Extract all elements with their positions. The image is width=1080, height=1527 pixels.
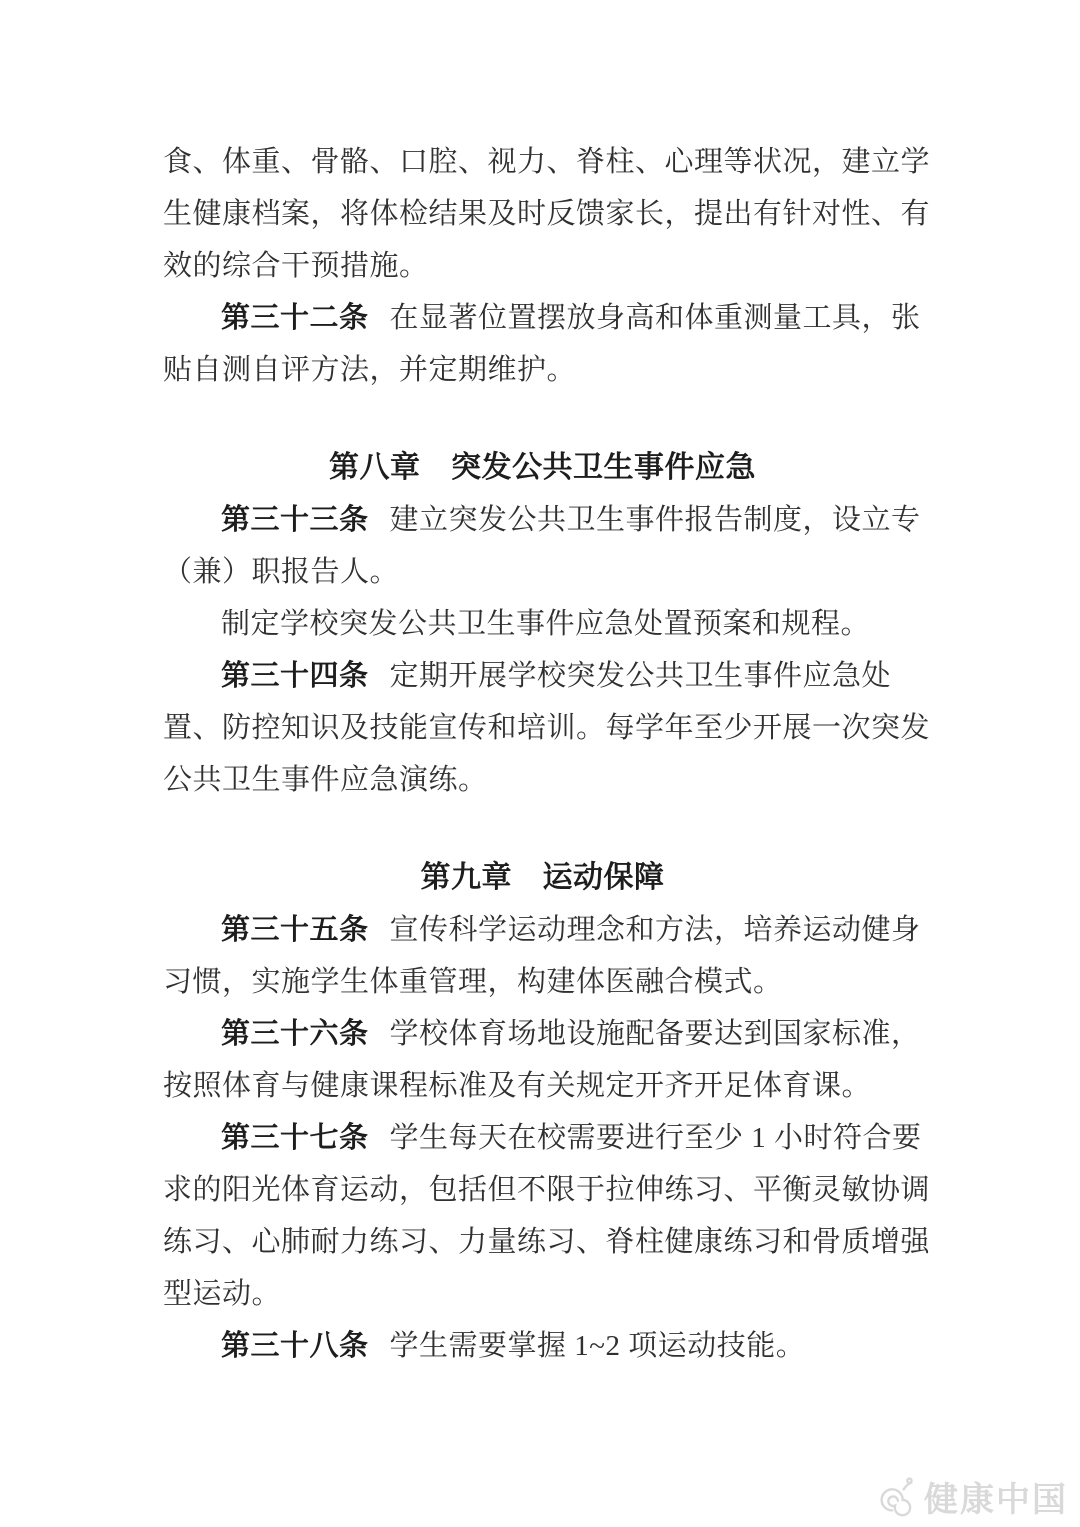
- article-line: 第三十七条学生每天在校需要进行至少 1 小时符合要: [163, 1112, 922, 1164]
- article-text: 定期开展学校突发公共卫生事件应急处: [390, 660, 892, 692]
- healthy-china-watermark: 健康中国: [873, 1472, 1068, 1521]
- article-text: 建立突发公共卫生事件报告制度，设立专: [390, 504, 921, 536]
- article-number: 第三十七条: [221, 1122, 369, 1154]
- article-number: 第三十六条: [221, 1018, 369, 1050]
- chapter-heading: 第九章 运动保障: [163, 852, 922, 904]
- body-text-line: 效的综合干预措施。: [163, 240, 922, 292]
- article-number: 第三十三条: [221, 504, 369, 536]
- article-line: 第三十三条建立突发公共卫生事件报告制度，设立专: [163, 494, 922, 546]
- article-number: 第三十二条: [221, 302, 369, 334]
- article-text: 在显著位置摆放身高和体重测量工具，张: [390, 302, 921, 334]
- article-text: 学生需要掌握 1~2 项运动技能。: [390, 1330, 806, 1362]
- article-text: 学生每天在校需要进行至少 1 小时符合要: [390, 1122, 922, 1154]
- article-number: 第三十八条: [221, 1330, 369, 1362]
- body-text-line: 食、体重、骨骼、口腔、视力、脊柱、心理等状况，建立学: [163, 136, 922, 188]
- body-text-line: 置、防控知识及技能宣传和培训。每学年至少开展一次突发: [163, 702, 922, 754]
- article-line: 第三十五条宣传科学运动理念和方法，培养运动健身: [163, 904, 922, 956]
- body-text-line: 按照体育与健康课程标准及有关规定开齐开足体育课。: [163, 1060, 922, 1112]
- article-line: 第三十四条定期开展学校突发公共卫生事件应急处: [163, 650, 922, 702]
- article-line: 第三十二条在显著位置摆放身高和体重测量工具，张: [163, 292, 922, 344]
- body-text-line: 制定学校突发公共卫生事件应急处置预案和规程。: [163, 598, 922, 650]
- body-text-line: 公共卫生事件应急演练。: [163, 754, 922, 806]
- healthy-china-logo-icon: [873, 1474, 919, 1520]
- article-text: 宣传科学运动理念和方法，培养运动健身: [390, 914, 921, 946]
- body-text-line: 练习、心肺耐力练习、力量练习、脊柱健康练习和骨质增强: [163, 1216, 922, 1268]
- body-text-line: （兼）职报告人。: [163, 546, 922, 598]
- chapter-heading: 第八章 突发公共卫生事件应急: [163, 442, 922, 494]
- body-text-line: 习惯，实施学生体重管理，构建体医融合模式。: [163, 956, 922, 1008]
- article-text: 学校体育场地设施配备要达到国家标准，: [390, 1018, 921, 1050]
- body-text-line: 型运动。: [163, 1268, 922, 1320]
- article-line: 第三十六条学校体育场地设施配备要达到国家标准，: [163, 1008, 922, 1060]
- body-text-line: 贴自测自评方法，并定期维护。: [163, 344, 922, 396]
- article-number: 第三十五条: [221, 914, 369, 946]
- article-line: 第三十八条学生需要掌握 1~2 项运动技能。: [163, 1320, 922, 1372]
- article-number: 第三十四条: [221, 660, 369, 692]
- watermark-text: 健康中国: [924, 1472, 1068, 1521]
- document-page: 食、体重、骨骼、口腔、视力、脊柱、心理等状况，建立学 生健康档案，将体检结果及时…: [0, 0, 1080, 1527]
- body-text-line: 求的阳光体育运动，包括但不限于拉伸练习、平衡灵敏协调: [163, 1164, 922, 1216]
- body-text-line: 生健康档案，将体检结果及时反馈家长，提出有针对性、有: [163, 188, 922, 240]
